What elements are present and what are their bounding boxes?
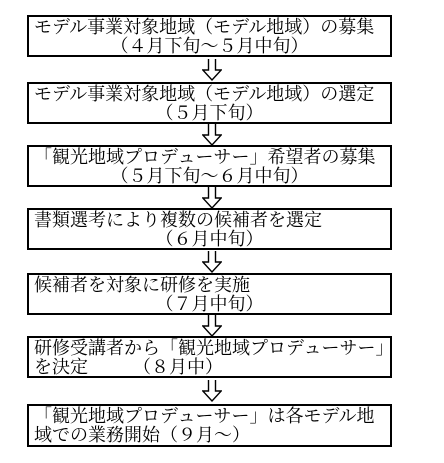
down-arrow-icon (202, 315, 222, 337)
down-arrow-icon (202, 59, 222, 81)
down-arrow-icon (202, 251, 222, 273)
down-arrow-icon (202, 124, 222, 146)
flow-step-3-line2: （５月下旬～６月中旬） (29, 167, 390, 186)
flow-step-1-line2: （４月下旬～５月中旬） (29, 37, 390, 56)
flow-step-7-line2: 域での業務開始（９月～） (29, 426, 390, 445)
flow-step-3-line1: 「観光地域プロデューサー」希望者の募集 (29, 148, 390, 167)
flowchart: モデル事業対象地域（モデル地域）の募集 （４月下旬～５月中旬） モデル事業対象地… (0, 0, 444, 463)
flow-step-2-line1: モデル事業対象地域（モデル地域）の選定 (29, 85, 390, 104)
flow-step-4-line1: 書類選考により複数の候補者を選定 (29, 211, 390, 230)
flow-step-4: 書類選考により複数の候補者を選定 （６月中旬） (27, 208, 392, 250)
flow-step-3: 「観光地域プロデューサー」希望者の募集 （５月下旬～６月中旬） (27, 145, 392, 187)
flow-step-1-line1: モデル事業対象地域（モデル地域）の募集 (29, 18, 390, 37)
flow-step-4-line2: （６月中旬） (29, 230, 390, 249)
flow-step-7: 「観光地域プロデューサー」は各モデル地 域での業務開始（９月～） (27, 404, 392, 447)
flow-step-7-line1: 「観光地域プロデューサー」は各モデル地 (29, 407, 390, 426)
down-arrow-icon (202, 380, 222, 402)
down-arrow-icon (202, 187, 222, 209)
flow-step-1: モデル事業対象地域（モデル地域）の募集 （４月下旬～５月中旬） (27, 15, 392, 57)
flow-step-5-line1: 候補者を対象に研修を実施 (29, 276, 390, 295)
flow-step-2: モデル事業対象地域（モデル地域）の選定 （５月下旬） (27, 82, 392, 124)
flow-step-6: 研修受講者から「観光地域プロデューサー」 を決定 （８月中） (27, 336, 392, 378)
flow-step-2-line2: （５月下旬） (29, 104, 390, 123)
flow-step-5: 候補者を対象に研修を実施 （７月中旬） (27, 273, 392, 315)
flow-step-5-line2: （７月中旬） (29, 295, 390, 314)
flow-step-6-line2: を決定 （８月中） (29, 358, 390, 377)
flow-step-6-line1: 研修受講者から「観光地域プロデューサー」 (29, 339, 390, 358)
